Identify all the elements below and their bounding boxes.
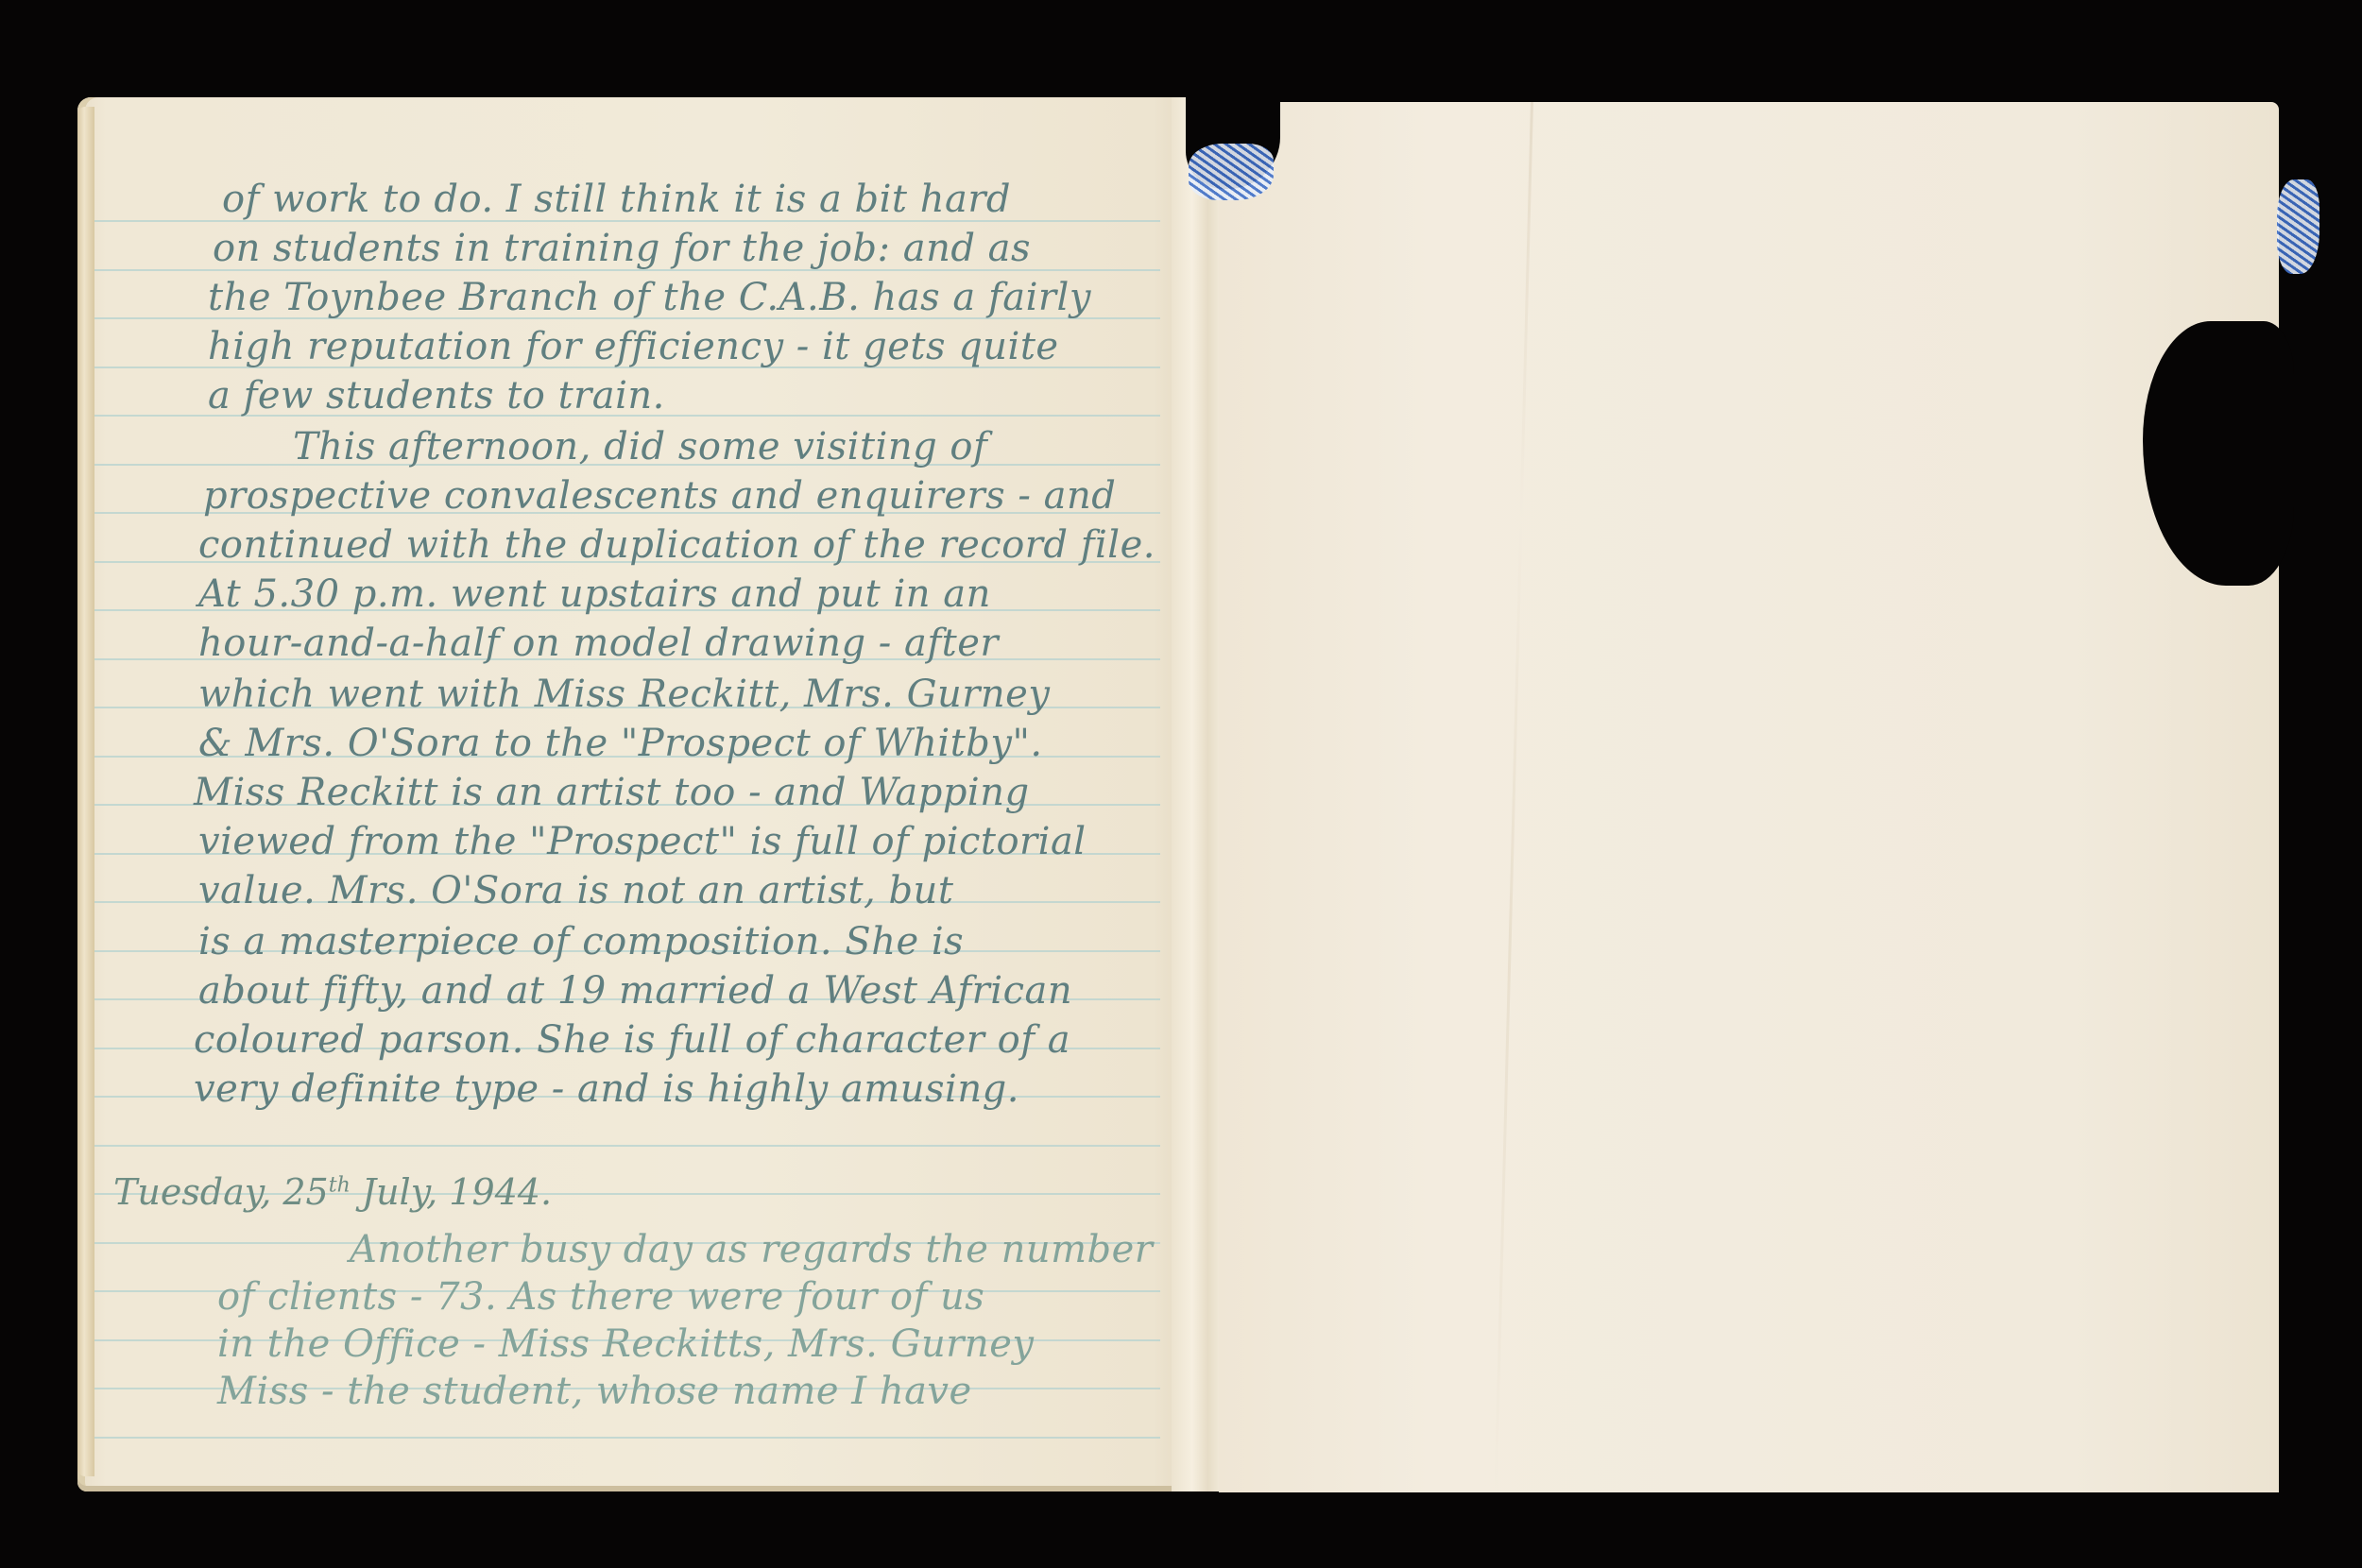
diary-line: Miss - the student, whose name I have [217, 1370, 972, 1413]
diary-line: continued with the duplication of the re… [198, 523, 1155, 567]
diary-line: of work to do. I still think it is a bit… [222, 178, 1011, 221]
entry-date-day: Tuesday, 25 [113, 1171, 329, 1213]
diary-line: This afternoon, did some visiting of [293, 425, 987, 469]
diary-line: about fifty, and at 19 married a West Af… [198, 969, 1072, 1013]
ruled-line [94, 1145, 1160, 1147]
diary-line: very definite type - and is highly amusi… [194, 1067, 1019, 1111]
diary-line: which went with Miss Reckitt, Mrs. Gurne… [198, 673, 1050, 716]
entry-date-suffix: th [329, 1173, 351, 1197]
diary-line: & Mrs. O'Sora to the "Prospect of Whitby… [198, 722, 1043, 765]
diary-line: viewed from the "Prospect" is full of pi… [198, 820, 1087, 863]
diary-line: Miss Reckitt is an artist too - and Wapp… [194, 771, 1030, 814]
diary-line: is a masterpiece of composition. She is [198, 920, 964, 963]
diary-line: on students in training for the job: and… [213, 227, 1031, 270]
diary-line: of clients - 73. As there were four of u… [217, 1275, 984, 1319]
endpaper-fragment-top [1189, 144, 1274, 200]
page-stack-edge [77, 107, 94, 1476]
diary-line: in the Office - Miss Reckitts, Mrs. Gurn… [217, 1322, 1034, 1366]
diary-line: Another busy day as regards the number [350, 1228, 1153, 1271]
endpaper-fragment-right [2277, 179, 2319, 274]
right-page-blank [1219, 102, 2279, 1492]
ruled-line [94, 1437, 1160, 1439]
entry-date-heading: Tuesday, 25th July, 1944. [113, 1171, 552, 1213]
diary-line: the Toynbee Branch of the C.A.B. has a f… [208, 276, 1091, 319]
diary-line: coloured parson. She is full of characte… [194, 1018, 1070, 1062]
diary-line: value. Mrs. O'Sora is not an artist, but [198, 869, 953, 912]
diary-line: hour-and-a-half on model drawing - after [198, 622, 999, 665]
diary-line: prospective convalescents and enquirers … [203, 474, 1116, 518]
binding-gutter [1172, 97, 1224, 1491]
diary-line: At 5.30 p.m. went upstairs and put in an [198, 572, 991, 616]
diary-line: a few students to train. [208, 374, 665, 418]
diary-line: high reputation for efficiency - it gets… [208, 325, 1059, 368]
entry-date-rest: July, 1944. [351, 1171, 552, 1213]
